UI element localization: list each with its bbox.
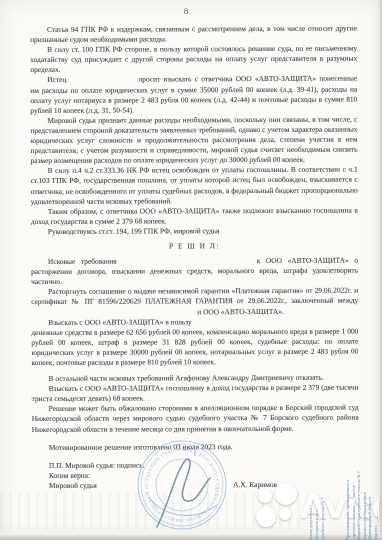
claims-label: Исковые требования (48, 257, 117, 266)
avito-logo-dot (256, 507, 276, 527)
paragraph-recover-amounts: денежные средства в размере 62 656 рубле… (31, 326, 358, 368)
side-stamp-rotated-text: копия документа находится в деле судебно… (308, 486, 342, 540)
paragraph-appeal-procedure: Решение может быть обжаловано сторонами … (32, 403, 359, 435)
side-stamp-rotated-text: Пронумеровано, прошнуровано и скреплено … (345, 383, 382, 540)
paragraph-terminate-agreement: Расторгнуть соглашение о выдаче независи… (31, 286, 358, 318)
document-page: 8 Статья 94 ГПК РФ к издержкам, связанны… (0, 0, 379, 535)
paragraph-state-duty: Таким образом, с ответчика ООО «АВТО-ЗАЩ… (31, 205, 358, 227)
paragraph-costs-recognized: Мировой судья признает данные расходы не… (30, 114, 357, 166)
plaintiff-claims-text: просит взыскать с ответчика ООО «АВТО-ЗА… (30, 74, 357, 115)
stamp-line: подпись _______ (373, 383, 379, 540)
paragraph-claims-partially-satisfied: Исковые требованияк ООО «АВТО-ЗАЩИТА» о … (31, 256, 358, 288)
terminate-text: Расторгнуть соглашение о выдаче независи… (31, 286, 358, 307)
side-copy-stamp: копия документа находится в деле судебно… (308, 486, 342, 540)
redacted-name-gap (31, 314, 197, 315)
terminate-tail: и ООО «АВТО-ЗАЩИТА». (197, 306, 284, 315)
redacted-name-gap (117, 263, 257, 264)
avito-logo-dot (258, 489, 272, 503)
paragraph-plaintiff-claims: Истецпросит взыскать с ответчика ООО «АВ… (30, 74, 357, 116)
decision-heading: Р Е Ш И Л: (31, 241, 358, 253)
plaintiff-label: Истец (47, 75, 66, 84)
stamp-line: судебного участка № 7 (320, 486, 326, 540)
page-number: 8 (0, 6, 372, 16)
avito-logo-dot (279, 508, 291, 520)
scanned-court-decision: { "doc": { "page_number": "8", "p_art94"… (0, 0, 382, 540)
paragraph-tax-code: В силу п.4 ч.2 ст.333.36 НК РФ истец осв… (31, 165, 358, 207)
judge-title: Мировой судья (32, 481, 97, 491)
paragraph-guided-by: Руководствуясь ст.ст. 194, 199 ГПК РФ, м… (31, 225, 358, 237)
paragraph-recover-duty: Взыскать с ООО «АВТО-ЗАЩИТА» госпошлину … (32, 383, 359, 405)
paragraph-article-100: В силу ст. 100 ГПК РФ стороне, в пользу … (30, 44, 357, 76)
document-body: Статья 94 ГПК РФ к издержкам, связанным … (30, 24, 359, 491)
paragraph-article-94: Статья 94 ГПК РФ к издержкам, связанным … (30, 24, 357, 46)
side-archival-stamp: Пронумеровано, прошнуровано и скреплено … (345, 383, 382, 540)
avito-logo-dot (275, 483, 297, 505)
court-round-stamp: СУДЕБНЫЙ УЧАСТОК № 7 БОРСКОГО СУДЕБНОГО … (127, 435, 237, 537)
